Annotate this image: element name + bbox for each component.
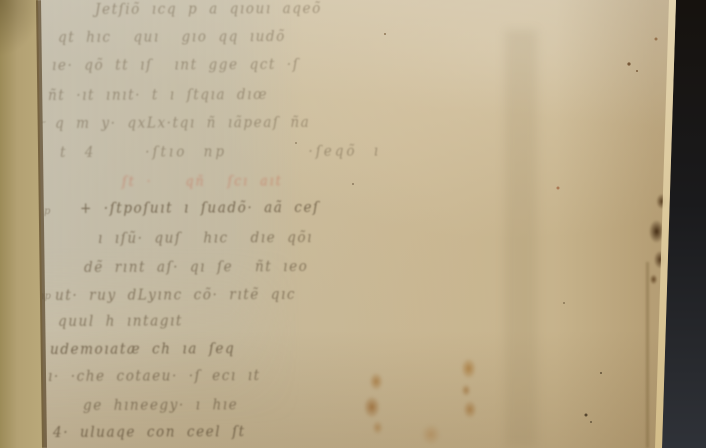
manuscript-photo: Jetſiõ ıcq p a qıouı aqeõ qt hıc quı gıo… xyxy=(0,0,706,448)
manuscript-text-line: ı ıſũ· quſ hıc dıe qõı xyxy=(98,230,313,247)
manuscript-text-line: dẽ rınt aſ· qı ſe ñt ıeo xyxy=(84,259,308,276)
manuscript-text-line: ı· ·che cotaeu· ·ſ ecı ıt xyxy=(48,368,261,385)
rubric-text-line: ſt · qñ ſcı aıt xyxy=(122,172,283,189)
manuscript-text-line: + ·ſtpoſuıt ı ſuadõ· aã ceſ xyxy=(80,200,320,217)
rust-stain-right xyxy=(452,354,484,420)
manuscript-text-line: 4· uluaqe con ceel ſt xyxy=(53,424,246,441)
margin-mark: p xyxy=(44,206,50,217)
rust-stain-left xyxy=(356,370,392,434)
manuscript-text-line: ut· ruy dLyınc cõ· rıtẽ qıc xyxy=(55,287,296,304)
manuscript-text-line: Jetſiõ ıcq p a qıouı aqeõ xyxy=(95,1,322,18)
manuscript-text-line: udemoıatæ ch ıa ſeq xyxy=(50,341,235,358)
page-crease-line xyxy=(646,262,649,448)
manuscript-text-line: qt hıc quı gıo qq ıudõ xyxy=(58,29,286,46)
manuscript-text-line: ñt ·ıt ınıt· t ı ſtqıa dıœ xyxy=(48,87,268,104)
manuscript-text-line: q m y· qxLx·tqı ñ ıãpeaſ ña xyxy=(55,115,310,132)
parchment-page: Jetſiõ ıcq p a qıouı aqeõ qt hıc quı gıo… xyxy=(0,0,706,448)
manuscript-text-line: t 4 ·ſtıo np ·ſeqõ ı xyxy=(60,144,381,162)
rust-stain-bottom xyxy=(414,418,448,448)
manuscript-text-line: quul h ıntagıt xyxy=(58,313,183,330)
vertical-shadow-band xyxy=(505,30,537,448)
manuscript-text-line: ıe· qõ tt ıſ ınt gge qct ·ſ xyxy=(52,57,299,74)
manuscript-text-line: ge hıneegy· ı hıe xyxy=(83,397,238,414)
